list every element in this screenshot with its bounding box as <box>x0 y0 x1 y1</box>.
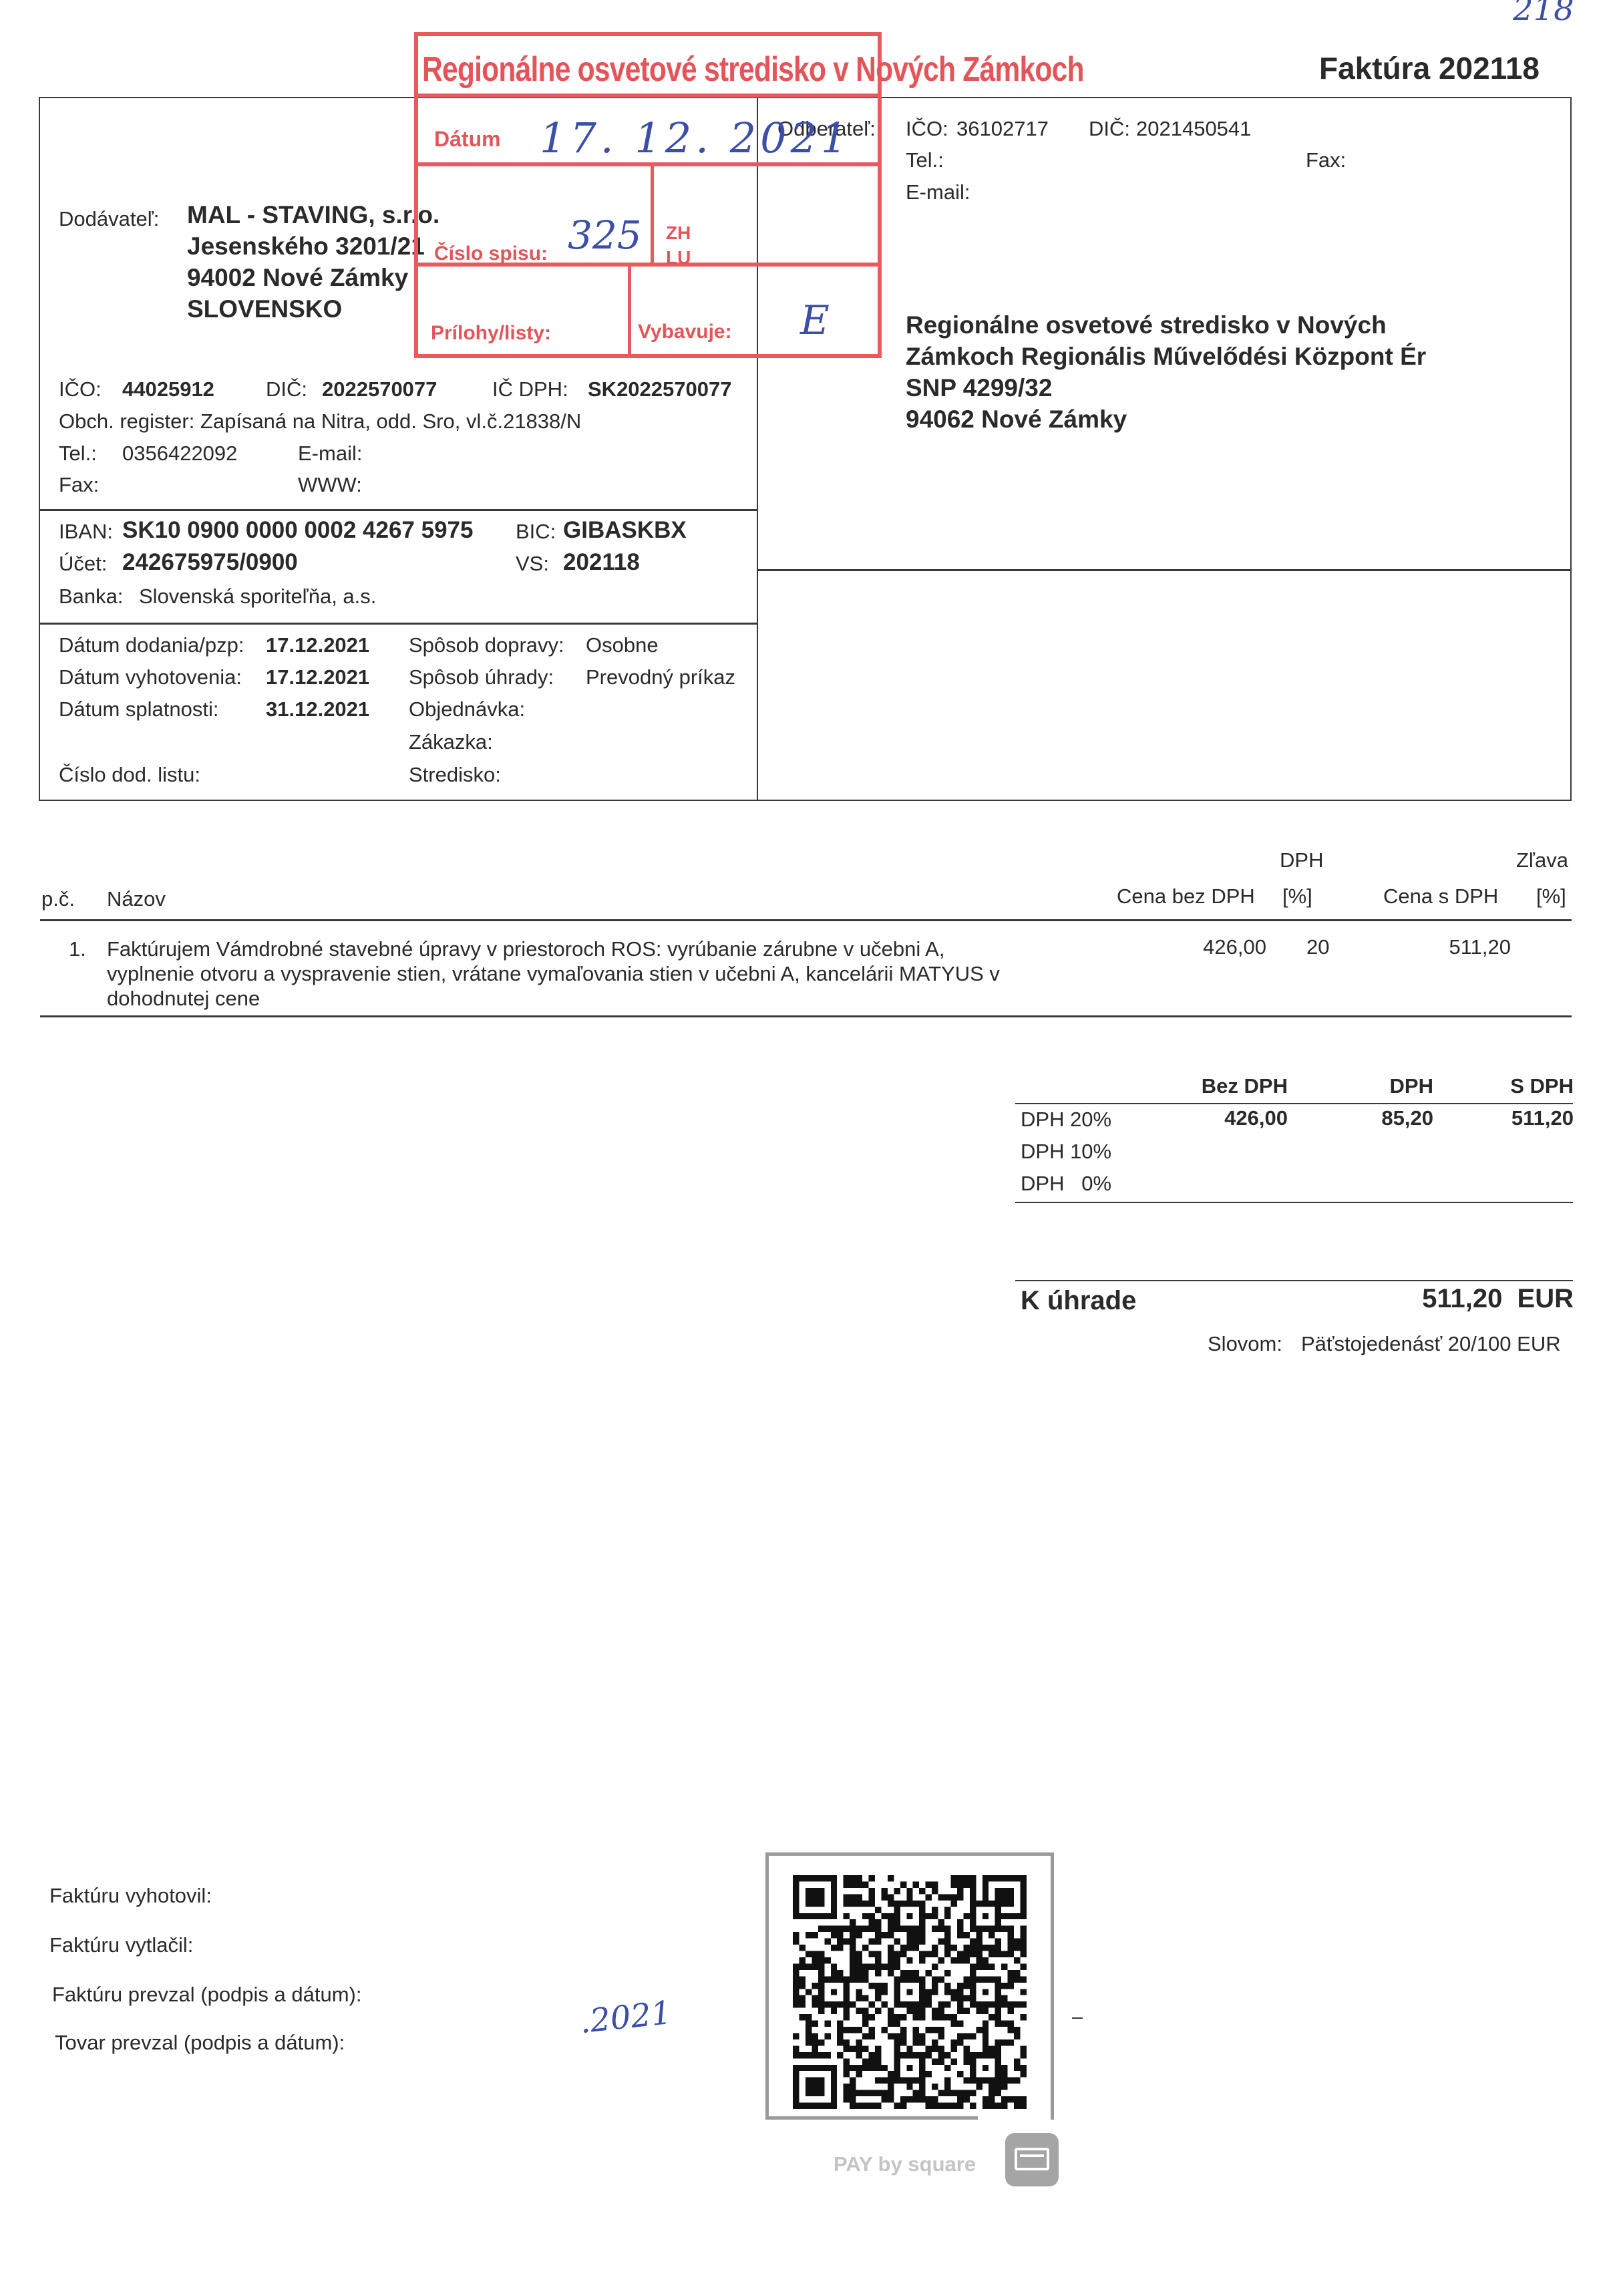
row-name-line: dohodnutej cene <box>107 987 260 1011</box>
vat-header-incl: S DPH <box>1403 1074 1574 1098</box>
delivery-date-label: Dátum dodania/pzp: <box>59 633 244 657</box>
col-header-no: p.č. <box>41 887 75 911</box>
handwritten-page-number: 218 <box>1513 0 1574 28</box>
customer-ico: 36102717 <box>956 117 1049 141</box>
delivery-note-label: Číslo dod. listu: <box>59 763 200 787</box>
vat-row-incl: 511,20 <box>1403 1106 1574 1130</box>
bic-label: BIC: <box>516 520 556 544</box>
total-words: Päťstojedenásť 20/100 EUR <box>1301 1332 1561 1356</box>
vat-row-label: DPH 20% <box>1021 1108 1111 1132</box>
divider-bank-dates <box>39 623 758 625</box>
customer-email-label: E-mail: <box>906 180 970 204</box>
bic-value: GIBASKBX <box>563 518 687 542</box>
col-header-vat-bottom: [%] <box>1282 884 1312 909</box>
due-date: 31.12.2021 <box>266 697 369 721</box>
stamp-divider <box>628 265 631 358</box>
row-vat: 20 <box>1306 935 1329 959</box>
total-amount: 511,20 EUR <box>1269 1284 1574 1314</box>
vat-row-excl: 426,00 <box>1135 1106 1288 1130</box>
payment-method-value: Prevodný príkaz <box>586 665 735 689</box>
issue-date-label: Dátum vyhotovenia: <box>59 665 242 689</box>
contract-label: Zákazka: <box>409 730 493 754</box>
customer-city: 94062 Nové Zámky <box>906 405 1127 434</box>
invoice-received-label: Faktúru prevzal (podpis a dátum): <box>52 1983 362 2007</box>
row-price-incl: 511,20 <box>1336 935 1511 959</box>
table-header-rule <box>40 919 1572 921</box>
goods-received-label: Tovar prevzal (podpis a dátum): <box>55 2031 345 2055</box>
stamp-code-line2: LU <box>666 247 691 269</box>
stamp-organization: Regionálne osvetové stredisko v Nových Z… <box>422 49 1084 90</box>
col-header-price-excl: Cena bez DPH <box>1117 884 1255 909</box>
supplier-dic-label: DIČ: <box>266 377 307 401</box>
supplier-city: 94002 Nové Zámky <box>187 263 408 293</box>
customer-ico-label: IČO: <box>906 117 948 141</box>
col-header-vat-top: DPH <box>1280 848 1323 872</box>
total-words-label: Slovom: <box>1208 1332 1282 1356</box>
vat-header-excl: Bez DPH <box>1135 1074 1288 1098</box>
qr-code-icon <box>786 1875 1033 2109</box>
stray-mark <box>1072 2017 1083 2019</box>
customer-dic: 2021450541 <box>1136 117 1251 141</box>
vat-bottom-rule <box>1015 1202 1573 1203</box>
stamp-divider <box>414 162 882 166</box>
stamp-attachments-label: Prílohy/listy: <box>431 322 551 345</box>
stamp-date-value: 17. 12. 2021 <box>540 114 851 162</box>
invoice-title: Faktúra 202118 <box>1319 50 1540 86</box>
iban-value: SK10 0900 0000 0002 4267 5975 <box>122 518 473 542</box>
bank-name-label: Banka: <box>59 585 124 609</box>
divider-customer <box>757 569 1572 571</box>
order-label: Objednávka: <box>409 697 525 721</box>
customer-name-line1: Regionálne osvetové stredisko v Nových <box>906 311 1387 340</box>
stamp-code-line1: ZH <box>666 222 691 244</box>
iban-label: IBAN: <box>59 520 113 544</box>
row-no: 1. <box>69 937 86 961</box>
pay-by-square-card-icon <box>1005 2133 1059 2186</box>
supplier-dic: 2022570077 <box>322 377 437 401</box>
customer-dic-label: DIČ: <box>1089 117 1130 141</box>
stamp-file-number-label: Číslo spisu: <box>434 242 548 265</box>
supplier-register: Obch. register: Zapísaná na Nitra, odd. … <box>59 409 581 434</box>
payment-method-label: Spôsob úhrady: <box>409 665 554 689</box>
vat-header-rule <box>1015 1103 1573 1104</box>
issued-by-label: Faktúru vyhotovil: <box>49 1884 212 1908</box>
customer-fax-label: Fax: <box>1306 148 1346 172</box>
supplier-email-label: E-mail: <box>298 442 362 466</box>
col-header-discount-top: Zľava <box>1516 848 1568 872</box>
supplier-icdph: SK2022570077 <box>588 377 731 401</box>
pay-by-square-label: PAY by square <box>834 2152 976 2176</box>
total-label: K úhrade <box>1021 1286 1136 1316</box>
supplier-icdph-label: IČ DPH: <box>492 377 568 401</box>
col-header-discount-bottom: [%] <box>1536 884 1566 909</box>
center-label: Stredisko: <box>409 763 501 787</box>
row-name-line: vyplnenie otvoru a vyspravenie stien, vr… <box>107 962 1000 986</box>
vs-value: 202118 <box>563 550 640 575</box>
col-header-name: Názov <box>107 887 166 911</box>
transport-label: Spôsob dopravy: <box>409 633 564 657</box>
customer-tel-label: Tel.: <box>906 148 944 172</box>
supplier-street: Jesenského 3201/21 <box>187 232 425 261</box>
divider-supplier-bank <box>39 509 758 511</box>
supplier-name: MAL - STAVING, s.r.o. <box>187 200 439 230</box>
supplier-www-label: WWW: <box>298 473 362 497</box>
supplier-tel: 0356422092 <box>122 442 237 466</box>
supplier-tel-label: Tel.: <box>59 442 97 466</box>
supplier-ico-label: IČO: <box>59 377 102 401</box>
stamp-handled-by-value: E <box>800 297 830 344</box>
customer-street: SNP 4299/32 <box>906 373 1052 403</box>
row-price-excl: 426,00 <box>1135 935 1266 959</box>
handwritten-date: .2021 <box>578 1994 673 2041</box>
supplier-country: SLOVENSKO <box>187 295 342 324</box>
qr-frame-bottom <box>765 2116 978 2120</box>
table-bottom-rule <box>40 1015 1572 1017</box>
transport-value: Osobne <box>586 633 659 657</box>
vat-row-label: DPH 10% <box>1021 1140 1111 1164</box>
delivery-date: 17.12.2021 <box>266 633 369 657</box>
col-header-price-incl: Cena s DPH <box>1383 884 1498 909</box>
printed-by-label: Faktúru vytlačil: <box>49 1933 193 1957</box>
stamp-date-label: Dátum <box>434 127 501 152</box>
due-date-label: Dátum splatnosti: <box>59 697 219 721</box>
issue-date: 17.12.2021 <box>266 665 369 689</box>
vs-label: VS: <box>516 552 549 576</box>
customer-name-line2: Zámkoch Regionális Művelődési Központ Ér <box>906 342 1426 371</box>
stamp-divider <box>651 162 654 265</box>
account-label: Účet: <box>59 552 107 576</box>
stamp-file-number-value: 325 <box>568 212 642 258</box>
vat-row-label: DPH 0% <box>1021 1172 1111 1196</box>
supplier-fax-label: Fax: <box>59 473 99 497</box>
stamp-handled-by-label: Vybavuje: <box>638 321 732 343</box>
supplier-label: Dodávateľ: <box>59 207 159 231</box>
bank-name: Slovenská sporiteľňa, a.s. <box>139 585 376 609</box>
row-name-line: Faktúrujem Vámdrobné stavebné úpravy v p… <box>107 937 944 961</box>
account-value: 242675975/0900 <box>122 550 298 575</box>
stamp-divider <box>414 94 882 98</box>
supplier-ico: 44025912 <box>122 377 214 401</box>
total-rule <box>1015 1280 1573 1281</box>
